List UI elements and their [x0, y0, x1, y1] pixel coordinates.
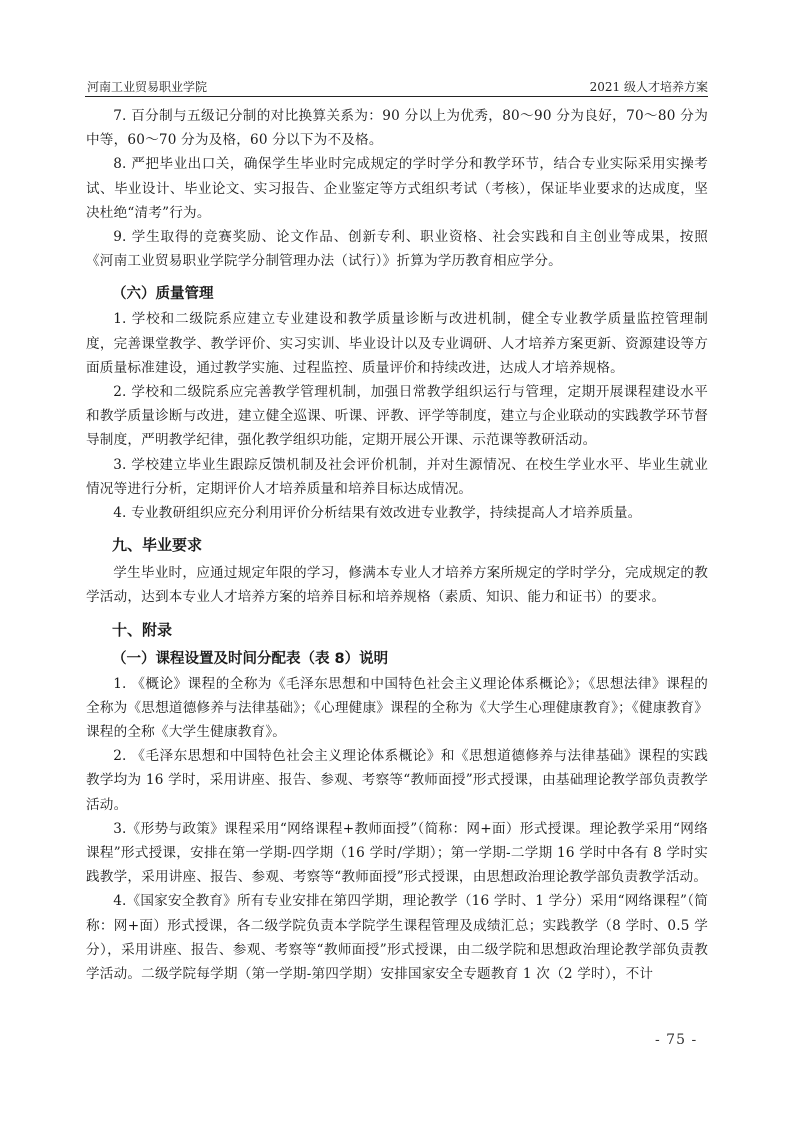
page-content: 7. 百分制与五级记分制的对比换算关系为：90 分以上为优秀，80～90 分为良… [86, 104, 708, 986]
graduation-paragraph: 学生毕业时，应通过规定年限的学习，修满本专业人才培养方案所规定的学时学分，完成规… [86, 561, 708, 609]
appendix-paragraph: 1. 《概论》课程的全称为《毛泽东思想和中国特色社会主义理论体系概论》；《思想法… [86, 672, 708, 745]
appendix-paragraph: 4.《国家安全教育》所有专业安排在第四学期，理论教学（16 学时、1 学分）采用… [86, 889, 708, 986]
paragraph-graduation-exit: 8. 严把毕业出口关，确保学生毕业时完成规定的学时学分和教学环节，结合专业实际采… [86, 152, 708, 225]
section-title-appendix: 十、附录 [86, 618, 708, 642]
appendix-paragraph: 3.《形势与政策》课程采用“网络课程+教师面授”（简称：网+面）形式授课。理论教… [86, 817, 708, 890]
section-title-quality: （六）质量管理 [86, 281, 708, 307]
quality-paragraph: 3. 学校建立毕业生跟踪反馈机制及社会评价机制，并对生源情况、在校生学业水平、毕… [86, 453, 708, 501]
appendix-paragraph: 2. 《毛泽东思想和中国特色社会主义理论体系概论》和《思想道德修养与法律基础》课… [86, 744, 708, 817]
page-number: - 75 - [655, 1032, 697, 1048]
section-title-graduation: 九、毕业要求 [86, 533, 708, 557]
quality-paragraph: 2. 学校和二级院系应完善教学管理机制，加强日常教学组织运行与管理，定期开展课程… [86, 380, 708, 453]
page-header: 河南工业贸易职业学院 2021 级人才培养方案 [85, 74, 708, 97]
header-institution: 河南工业贸易职业学院 [87, 78, 207, 95]
quality-paragraph: 1. 学校和二级院系应建立专业建设和教学质量诊断与改进机制，健全专业教学质量监控… [86, 307, 708, 380]
quality-paragraph: 4. 专业教研组织应充分利用评价分析结果有效改进专业教学，持续提高人才培养质量。 [86, 501, 708, 525]
header-doc-title: 2021 级人才培养方案 [590, 78, 708, 95]
paragraph-credit-conversion: 9. 学生取得的竞赛奖励、论文作品、创新专利、职业资格、社会实践和自主创业等成果… [86, 225, 708, 273]
paragraph-grading-scale: 7. 百分制与五级记分制的对比换算关系为：90 分以上为优秀，80～90 分为良… [86, 104, 708, 152]
subsection-title-course-table: （一）课程设置及时间分配表（表 8）说明 [86, 646, 708, 672]
document-page: 河南工业贸易职业学院 2021 级人才培养方案 7. 百分制与五级记分制的对比换… [0, 0, 793, 1122]
